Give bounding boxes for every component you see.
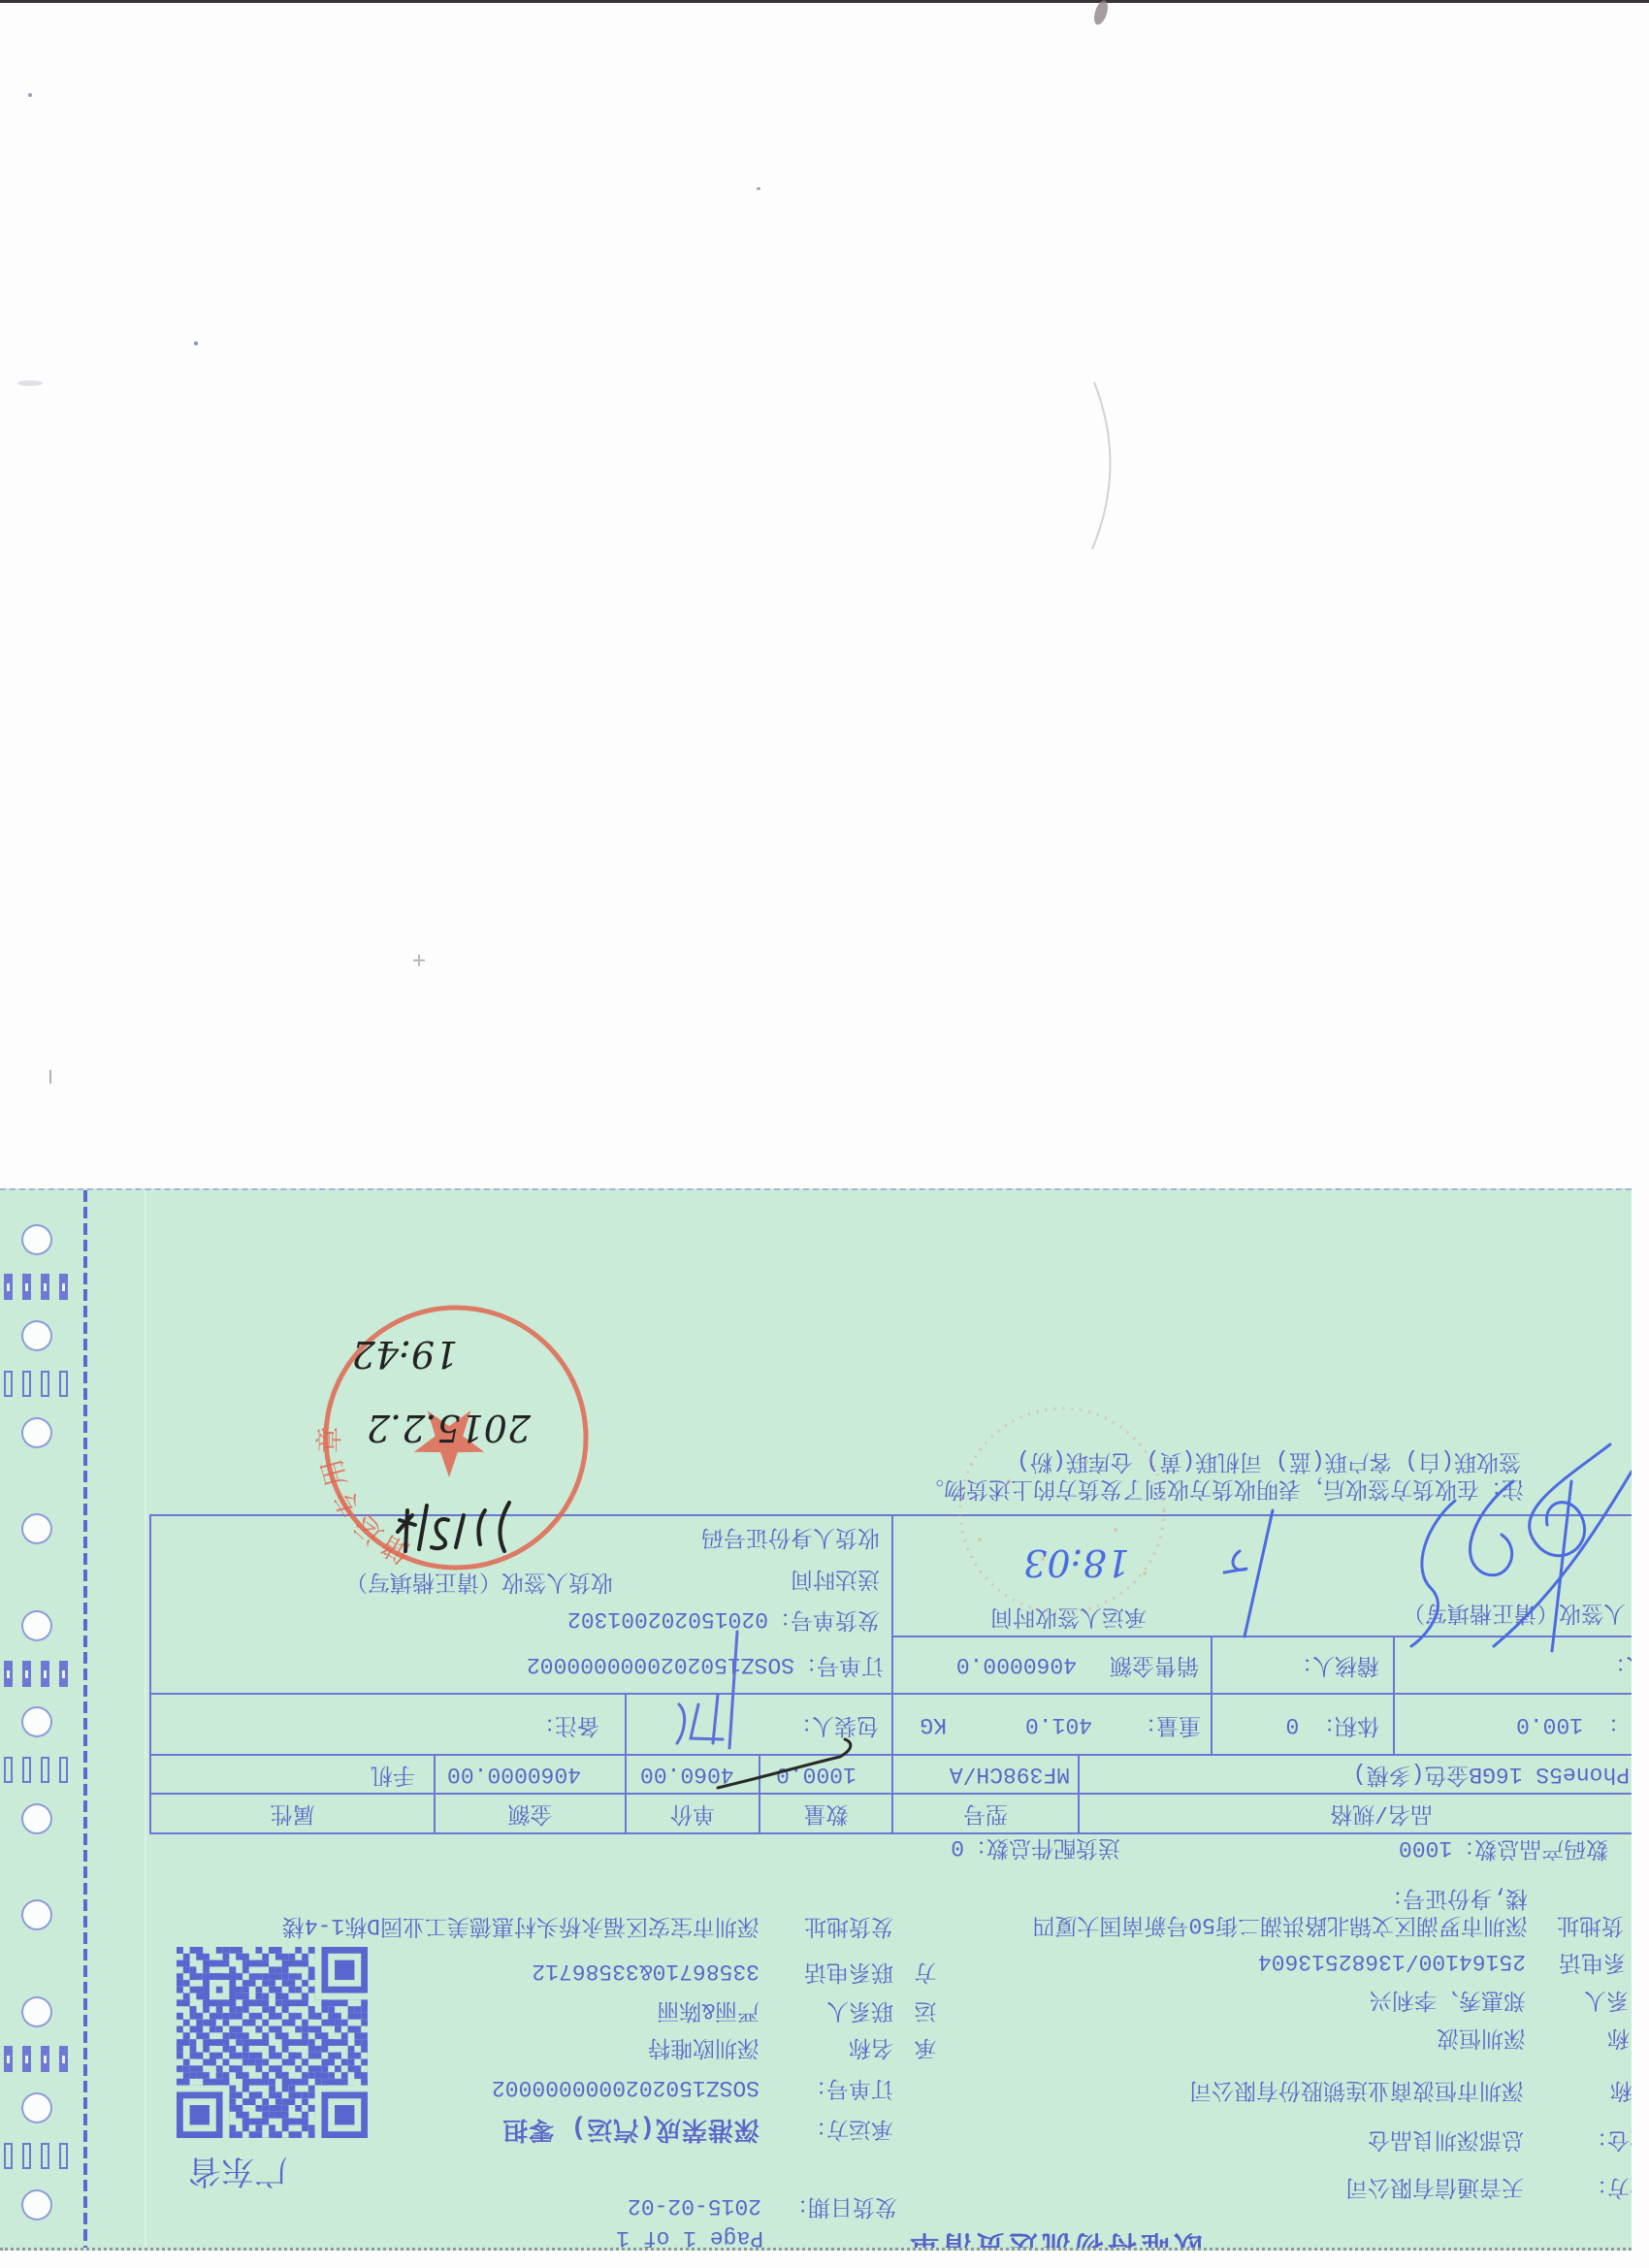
ship-date-value: 2015-02-02 xyxy=(616,2193,761,2219)
table-header-attribute: 属性 xyxy=(150,1800,435,1826)
feed-hole xyxy=(21,1417,52,1448)
scan-mark xyxy=(413,959,425,961)
shipper-label: 货方： xyxy=(1585,2174,1632,2199)
consignee-address-value: 深圳市罗湖区文锦北路洪湖二街50号新南国大厦四 xyxy=(946,1912,1528,1937)
table-header-amount: 金额 xyxy=(435,1800,626,1826)
feed-hole xyxy=(21,1899,52,1930)
scanned-delivery-note-page: { "form": { "title": "欧唯特物流送货清单", "page_… xyxy=(0,0,1649,2268)
registration-marks xyxy=(4,1274,68,1300)
weight-unit: KG xyxy=(908,1712,947,1737)
weight-label: 重量： xyxy=(1133,1712,1201,1737)
carrier-contact-value: 严丽&陈丽 xyxy=(469,1997,760,2023)
scan-speck xyxy=(194,341,198,345)
carrier-signature-label: 人签收（请正楷填写） xyxy=(1403,1600,1632,1625)
receiver-id-label: 收货人身份证号码 xyxy=(589,1524,880,1549)
feed-hole xyxy=(21,1320,52,1351)
form-title: 欧唯特物流送货清单 xyxy=(873,2228,1203,2251)
handwritten-time: 19:42 xyxy=(349,1333,461,1376)
handwritten-date: 2015.2.2 xyxy=(344,1407,553,1449)
registration-marks xyxy=(4,1661,68,1687)
carrier-order-number-label: 订单号： xyxy=(796,2075,893,2100)
carrier-name-value: 深圳欧唯特 xyxy=(469,2034,760,2059)
volume-value: 体积： 0 xyxy=(1282,1712,1379,1737)
consignee-name-value: 深圳市恒波商业连锁股份有限公司 xyxy=(942,2077,1524,2102)
table-header-model: 型号 xyxy=(892,1800,1079,1826)
consignee-phone-label: 系电话 xyxy=(1559,1949,1632,1974)
page-indicator: Page 1 of 1 xyxy=(589,2225,763,2251)
remark-label: 备注： xyxy=(502,1712,599,1737)
table-rule xyxy=(891,1514,893,1834)
paper-crease xyxy=(145,1190,146,2251)
scan-speck xyxy=(757,187,760,190)
carrier-address-label: 发货地址 xyxy=(796,1913,893,1938)
feed-hole xyxy=(21,1706,52,1737)
feed-hole xyxy=(21,1996,52,2027)
handwritten-carrier-time: 18:03 xyxy=(999,1541,1154,1584)
sales-amount-value: 4060000.0 xyxy=(921,1652,1077,1677)
carrier-label: 承运方： xyxy=(796,2116,893,2141)
copy-distribution-note: 签收联(白) 客户联(蓝) 司机联(黄) 仓库联(粉) xyxy=(939,1448,1521,1474)
delivery-note-form: 注：在收货方签收后，表明收货方收到了发货方的上述货物。 签收联(白) 客户联(蓝… xyxy=(0,1188,1632,2251)
perforation-line xyxy=(83,1190,87,2251)
order-number-value: SOSZ1502020000000002 xyxy=(527,1652,794,1677)
table-header-unit-price: 单价 xyxy=(626,1800,760,1826)
province-mark: 广东省 xyxy=(175,2150,301,2192)
scan-speck xyxy=(28,93,32,97)
registration-marks xyxy=(4,2143,68,2169)
scan-mark xyxy=(49,1070,51,1084)
table-rule xyxy=(149,1514,151,1834)
preparer-label: 人： xyxy=(1603,1652,1632,1677)
table-rule xyxy=(1211,1636,1212,1756)
sales-amount-label: 销售金额 xyxy=(1102,1652,1199,1677)
carrier-sign-time-label: 承运人签收时间 xyxy=(953,1604,1147,1629)
table-cell-unit-price: 4060.00 xyxy=(640,1762,747,1787)
consignee-phone-value: 25164100/13682513604 xyxy=(1138,1949,1526,1974)
delivery-time-label: 送达时间 xyxy=(589,1566,880,1591)
consignee-short-name-value: 深圳恒波 xyxy=(1235,2025,1526,2050)
scan-faint-arc xyxy=(0,0,1649,1188)
auditor-label: 稽核人： xyxy=(1282,1652,1379,1677)
consignee-address-label: 货地址 xyxy=(1557,1912,1632,1937)
registration-marks xyxy=(4,1371,68,1397)
weight-value: 401.0 xyxy=(1015,1712,1092,1737)
registration-marks xyxy=(4,1757,68,1783)
feed-hole xyxy=(21,1610,52,1641)
consignee-address-cont: 楼,身份证号： xyxy=(1237,1885,1528,1910)
count-value: ： 100.0 xyxy=(1516,1712,1632,1737)
order-number-label: 订单号： xyxy=(794,1652,884,1677)
carrier-side-label-1: 承 xyxy=(912,2034,939,2059)
qr-code-icon xyxy=(177,1947,368,2138)
shipper-value: 天音通信有限公司 xyxy=(1136,2174,1524,2199)
table-cell-model: MF398CH/A xyxy=(924,1762,1070,1787)
table-cell-product: Phone5S 16GB金色(多模) xyxy=(1145,1762,1630,1787)
table-header-quantity: 数量 xyxy=(760,1800,892,1826)
receipt-note: 注：在收货方签收后，表明收货方收到了发货方的上述货物。 xyxy=(942,1475,1524,1501)
table-cell-quantity: 1000.0 xyxy=(776,1762,883,1787)
ship-date-label: 发货日期： xyxy=(781,2193,897,2219)
warehouse-label: 货仓： xyxy=(1585,2126,1632,2152)
delivery-number-label: 发货单号： xyxy=(768,1606,880,1632)
carrier-contact-label: 联系人 xyxy=(796,1997,893,2023)
digital-products-total: 数码产品总数：1000 xyxy=(1399,1835,1632,1861)
feed-hole xyxy=(21,2092,52,2123)
carrier-value: 深港荣成(汽运) 零担 xyxy=(372,2114,760,2143)
carrier-side-label-3: 方 xyxy=(912,1959,939,1984)
accessories-total: 送货配件总数：0 xyxy=(829,1834,1120,1860)
table-rule xyxy=(892,1636,1632,1637)
summary-order-number: 订单号：SOSZ1502020000000002 xyxy=(496,1652,884,1677)
table-cell-attribute: 手机 xyxy=(318,1762,415,1787)
carrier-address-value: 深圳市宝安区福永桥头村惠德美工业园D栋1-4楼 xyxy=(178,1913,760,1938)
feed-hole xyxy=(21,1803,52,1834)
table-rule xyxy=(1393,1636,1395,1756)
scan-smudge xyxy=(1091,0,1110,26)
registration-marks xyxy=(4,2046,68,2072)
delivery-number: 发货单号：020150202001302 xyxy=(492,1606,880,1632)
consignee-short-name-label: 称 xyxy=(1607,2025,1632,2050)
carrier-side-label-2: 运 xyxy=(912,1997,939,2023)
table-cell-amount: 4060000.00 xyxy=(447,1762,612,1787)
warehouse-value: 总部深圳良品仓 xyxy=(1136,2126,1524,2152)
carrier-phone-label: 联系电话 xyxy=(796,1959,893,1984)
packer-label: 包装人： xyxy=(782,1712,879,1737)
carrier-name-label: 名称 xyxy=(796,2034,893,2059)
consignee-contact-value: 郑惠秀、李利兴 xyxy=(1235,1987,1526,2012)
table-header-product: 品名/规格 xyxy=(1079,1800,1632,1826)
scan-top-edge xyxy=(0,0,1649,3)
feed-hole xyxy=(21,2189,52,2220)
packer-initials xyxy=(677,1632,737,1748)
carrier-order-number-value: SOSZ1502020000000002 xyxy=(372,2075,760,2100)
delivery-number-value: 020150202001302 xyxy=(567,1606,768,1632)
consignee-contact-label: 系人 xyxy=(1584,1987,1632,2012)
scan-speck xyxy=(17,380,43,386)
consignee-name-label: 称 xyxy=(1610,2077,1632,2102)
carrier-phone-value: 33586710&33586712 xyxy=(372,1959,760,1984)
feed-hole xyxy=(21,1224,52,1255)
feed-hole xyxy=(21,1513,52,1544)
